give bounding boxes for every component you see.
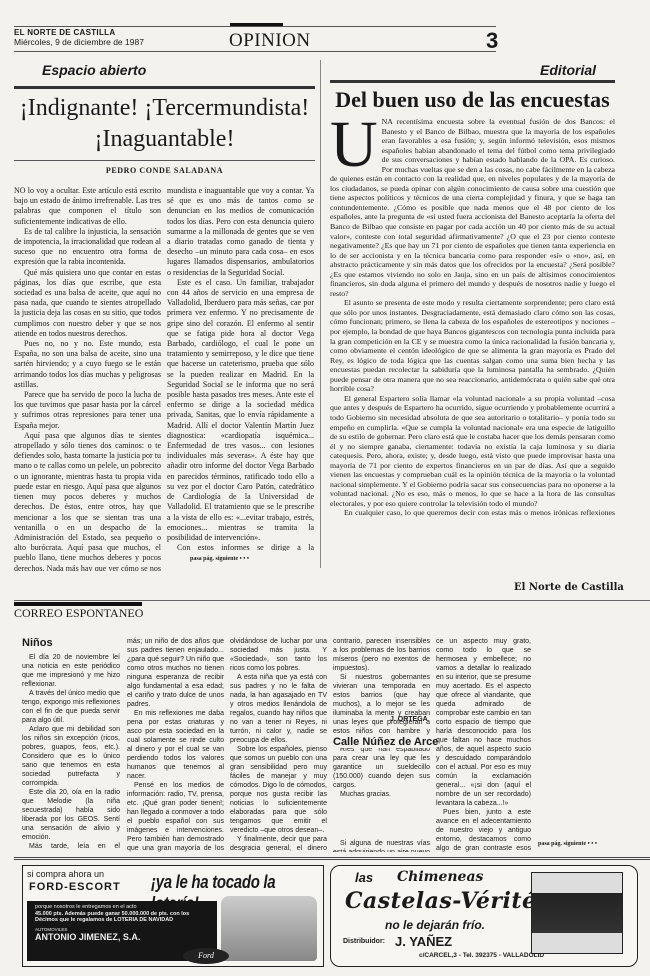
opinion-rule-bottom xyxy=(14,160,315,161)
paragraph: Sobre los españoles, pienso que somos un… xyxy=(230,745,327,835)
opinion-column-1: NO lo voy a ocultar. Este artículo está … xyxy=(14,186,161,571)
paragraph: El día 20 de noviembre leí una noticia e… xyxy=(22,653,120,689)
paragraph: Aquí pasa que algunos días te sientes at… xyxy=(14,431,161,571)
paragraph: Si alguna de nuestras vías está adquirie… xyxy=(333,839,430,852)
paragraph: Ríes que han espabilado para crear una l… xyxy=(333,745,430,790)
paragraph: En mis reflexiones me daba pena por esta… xyxy=(127,709,224,781)
masthead-top-rule xyxy=(14,26,496,27)
chimeneas-advertisement[interactable]: las Chimeneas Castelas-Vérités no le dej… xyxy=(330,865,638,967)
paragraph: UNA recentísima encuesta sobre la eventu… xyxy=(330,117,615,298)
paragraph: más; un niño de dos años que sus padres … xyxy=(127,637,224,709)
paragraph: A esta niña que ya está con sus padres y… xyxy=(230,673,327,745)
ad-tagline: no le dejarán frío. xyxy=(385,918,485,932)
editorial-signature: El Norte de Castilla xyxy=(514,582,624,593)
issue-date: Miércoles, 9 de diciembre de 1987 xyxy=(14,37,144,47)
ad-dealer: ANTONIO JIMENEZ, S.A. xyxy=(35,932,140,942)
section-title: OPINION xyxy=(229,30,311,52)
paragraph: El asunto se presenta de este modo y res… xyxy=(330,298,615,393)
car-image xyxy=(221,896,317,961)
opinion-column-2: mundista e inaguantable que voy a contar… xyxy=(167,186,314,551)
drop-cap: U xyxy=(330,119,378,171)
paragraph: Pensé en los medios de información: radi… xyxy=(127,781,224,852)
letter-signature: J. ORTEGA xyxy=(390,716,428,723)
ad-distributor: J. YAÑEZ xyxy=(395,934,452,949)
opinion-rule-top xyxy=(14,86,315,89)
continued-link[interactable]: pasa pág. siguiente • • • xyxy=(538,841,597,847)
paragraph: olvidándose de luchar por una sociedad m… xyxy=(230,637,327,673)
ad-model: FORD-ESCORT xyxy=(29,881,121,893)
publication-name: EL NORTE DE CASTILLA xyxy=(14,28,115,37)
opinion-byline: PEDRO CONDE SALADANA xyxy=(14,166,315,175)
paragraph: En cualquier caso, lo que queremos decir… xyxy=(330,508,615,517)
section-divider xyxy=(14,600,650,601)
paragraph: Muchas gracias. xyxy=(333,790,430,799)
paragraph: Parece que ha servido de poco la lucha d… xyxy=(14,390,161,431)
ad-address: c/CARCEL,3 - Tel. 392375 - VALLADOLID xyxy=(419,952,544,959)
paragraph: Este es el caso. Un familiar, trabajador… xyxy=(167,278,314,543)
fireplace-image xyxy=(531,872,623,954)
letter-title: Niños xyxy=(22,637,53,649)
paragraph: Más tarde, leía en el periódico esta not… xyxy=(22,842,120,852)
letter-column-5: ce un aspecto muy grato, como todo lo qu… xyxy=(436,637,531,852)
ad-offer: porque nosotros le entregamos en el acto xyxy=(35,904,137,910)
opinion-headline: ¡Indignante! ¡Tercermundista! ¡Inaguanta… xyxy=(14,93,315,155)
letter-column-3: olvidándose de luchar por una sociedad m… xyxy=(230,637,327,852)
paragraph: A través del único medio que tengo, expo… xyxy=(22,689,120,725)
paragraph: El general Espartero solía llamar «la vo… xyxy=(330,394,615,509)
paragraph: Pues bien, junto a este avance en el ade… xyxy=(436,808,531,852)
editorial-label: Editorial xyxy=(540,62,596,78)
editorial-rule xyxy=(330,80,615,83)
paragraph: Qué más quisiera uno que contar en estas… xyxy=(14,268,161,339)
paragraph: Aclaro que mi debilidad son los niños si… xyxy=(22,725,120,788)
ad-distributor-label: Distribuidor: xyxy=(343,938,385,945)
opinion-kicker: Espacio abierto xyxy=(42,62,146,78)
ford-logo-icon: Ford xyxy=(183,948,229,964)
letter-title: Calle Núñez de Arce xyxy=(333,736,444,748)
editorial-body: UNA recentísima encuesta sobre la eventu… xyxy=(330,117,615,517)
paragraph: Es de tal calibre la injusticia, la sens… xyxy=(14,227,161,268)
masthead-bottom-rule xyxy=(14,51,496,52)
ads-divider xyxy=(14,857,650,860)
paragraph: Y finalmente, decir que para desgracia g… xyxy=(230,835,327,852)
paragraph: ce un aspecto muy grato, como todo lo qu… xyxy=(436,637,531,808)
ford-advertisement[interactable]: si compra ahora un FORD-ESCORT ¡ya le ha… xyxy=(22,865,324,967)
paragraph: Con estos informes se dirige a la Seguri… xyxy=(167,543,314,551)
letter-column-2: más; un niño de dos años que sus padres … xyxy=(127,637,224,852)
paragraph: NO lo voy a ocultar. Este artículo está … xyxy=(14,186,161,227)
paragraph: Este día 20, oía en la radio que Melodie… xyxy=(22,788,120,842)
continued-link[interactable]: pasa pág. siguiente • • • xyxy=(190,556,249,562)
column-divider xyxy=(320,60,321,568)
ad-line: Chimeneas xyxy=(397,869,483,885)
paragraph: Si nuestros gobernantes vivieran una tem… xyxy=(333,673,430,745)
paragraph: Pues no, no y no. Este mundo, esta Españ… xyxy=(14,339,161,390)
paragraph: mundista e inaguantable que voy a contar… xyxy=(167,186,314,278)
ad-line: si compra ahora un xyxy=(27,869,104,879)
ad-offer-detail: 45.000 pts. Además puede ganar 50.000.00… xyxy=(35,911,210,923)
ad-line: las xyxy=(355,870,373,885)
paragraph: contrario, parecen insensibles a los pro… xyxy=(333,637,430,673)
letter-column-1: El día 20 de noviembre leí una noticia e… xyxy=(22,653,120,852)
ad-brand: Castelas-Vérités xyxy=(345,888,549,914)
editorial-headline: Del buen uso de las encuestas xyxy=(330,87,615,113)
correo-section-title: CORREO ESPONTANEO xyxy=(14,606,143,621)
